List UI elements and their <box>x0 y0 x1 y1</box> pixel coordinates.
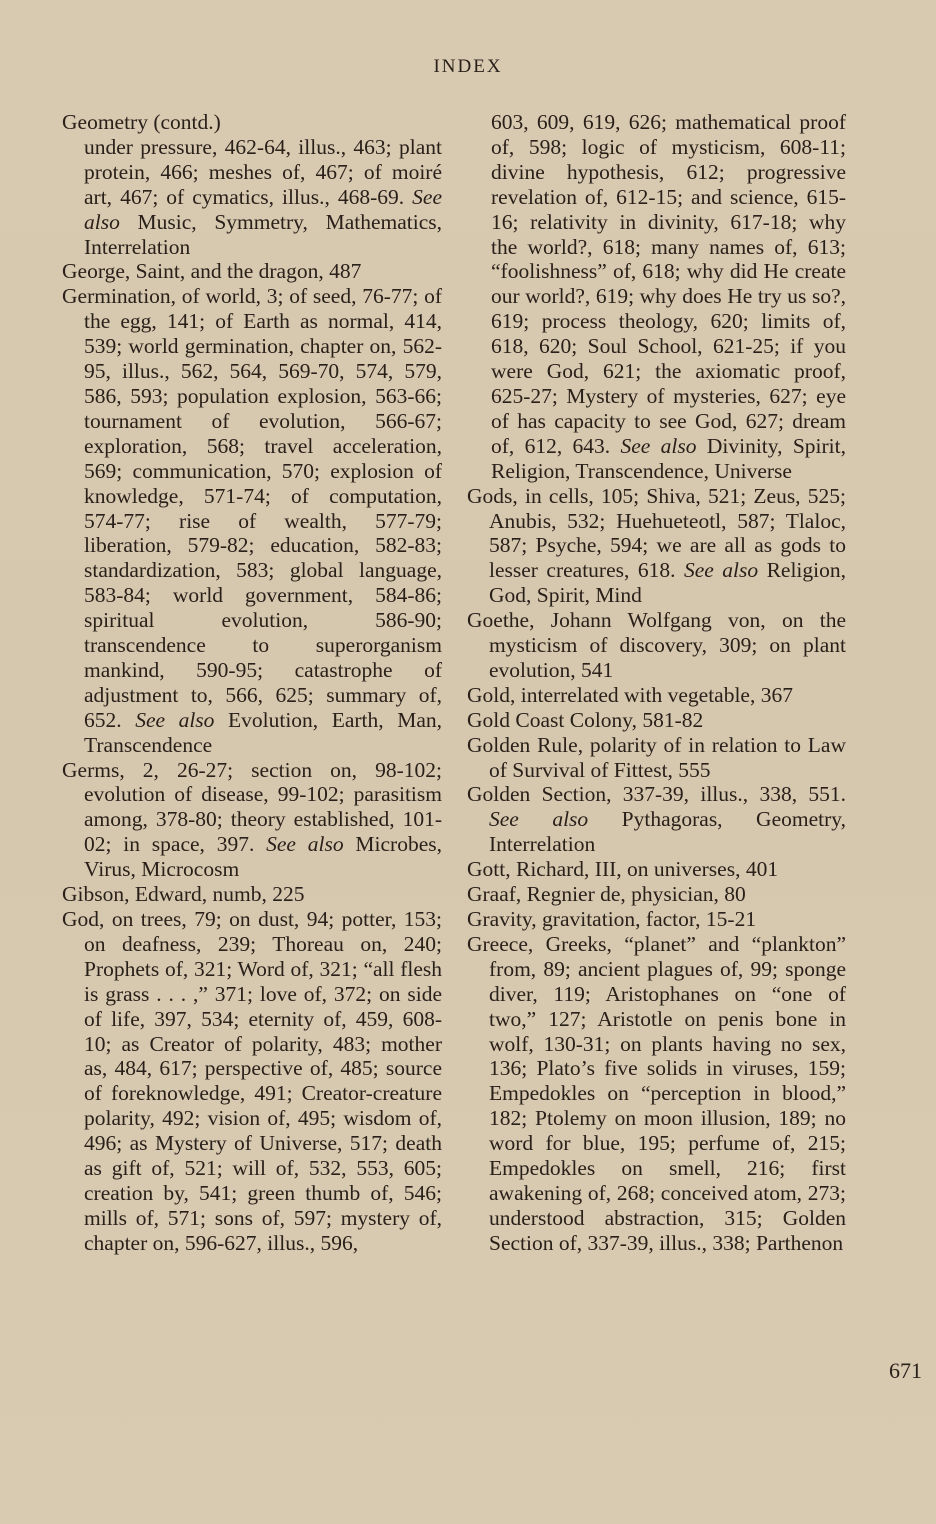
index-entry-germs: Germs, 2, 26-27; section on, 98-102; evo… <box>62 758 442 883</box>
entry-text: under pressure, 462-64, illus., 463; pla… <box>84 135 442 209</box>
see-also-label: See also <box>135 708 214 732</box>
index-column-left: Geometry (contd.) under pressure, 462-64… <box>62 110 442 1256</box>
entry-text: Gott, Richard, III, on universes, 401 <box>467 857 778 881</box>
index-entry-greece: Greece, Greeks, “planet” and “plankton” … <box>467 932 846 1256</box>
see-also-refs: Music, Symmetry, Mathematics, Interrelat… <box>84 210 442 259</box>
index-entry-gott-richard: Gott, Richard, III, on universes, 401 <box>467 857 846 882</box>
index-entry-god: God, on trees, 79; on dust, 94; potter, … <box>62 907 442 1256</box>
index-entry-gravity: Gravity, gravitation, factor, 15-21 <box>467 907 846 932</box>
entry-text: Gravity, gravitation, factor, 15-21 <box>467 907 756 931</box>
see-also-label: See also <box>684 558 758 582</box>
index-heading-geometry-contd: Geometry (contd.) <box>62 110 442 135</box>
index-entry-golden-section: Golden Section, 337-39, illus., 338, 551… <box>467 782 846 857</box>
entry-text: 603, 609, 619, 626; mathematical proof o… <box>491 110 846 458</box>
index-entry-goethe: Goethe, Johann Wolfgang von, on the myst… <box>467 608 846 683</box>
index-entry-graaf-regnier: Graaf, Regnier de, physician, 80 <box>467 882 846 907</box>
index-column-right: 603, 609, 619, 626; mathematical proof o… <box>467 110 846 1256</box>
index-entry-gold-coast-colony: Gold Coast Colony, 581-82 <box>467 708 846 733</box>
entry-text: God, on trees, 79; on dust, 94; potter, … <box>62 907 442 1255</box>
see-also-label: See also <box>489 807 588 831</box>
entry-text: Gold, interrelated with vegetable, 367 <box>467 683 793 707</box>
see-also-label: See also <box>266 832 343 856</box>
index-entry-god-continued: 603, 609, 619, 626; mathematical proof o… <box>467 110 846 484</box>
index-entry-gibson-edward: Gibson, Edward, numb, 225 <box>62 882 442 907</box>
running-head: INDEX <box>0 56 936 78</box>
entry-text: Graaf, Regnier de, physician, 80 <box>467 882 746 906</box>
entry-text: Germination, of world, 3; of seed, 76-77… <box>62 284 442 731</box>
entry-text: Gibson, Edward, numb, 225 <box>62 882 304 906</box>
page-number: 671 <box>889 1358 922 1384</box>
index-entry-gods: Gods, in cells, 105; Shiva, 521; Zeus, 5… <box>467 484 846 609</box>
entry-text: Greece, Greeks, “planet” and “plankton” … <box>467 932 846 1255</box>
index-entry-george-saint: George, Saint, and the dragon, 487 <box>62 259 442 284</box>
entry-text: Gold Coast Colony, 581-82 <box>467 708 703 732</box>
index-entry-gold: Gold, interrelated with vegetable, 367 <box>467 683 846 708</box>
see-also-label: See also <box>621 434 697 458</box>
entry-text: Goethe, Johann Wolfgang von, on the myst… <box>467 608 846 682</box>
index-entry-geometry-continued: under pressure, 462-64, illus., 463; pla… <box>62 135 442 260</box>
index-entry-germination: Germination, of world, 3; of seed, 76-77… <box>62 284 442 757</box>
entry-text: Golden Section, 337-39, illus., 338, 551… <box>467 782 846 806</box>
index-entry-golden-rule: Golden Rule, polarity of in relation to … <box>467 733 846 783</box>
entry-text: George, Saint, and the dragon, 487 <box>62 259 361 283</box>
entry-text: Golden Rule, polarity of in relation to … <box>467 733 846 782</box>
